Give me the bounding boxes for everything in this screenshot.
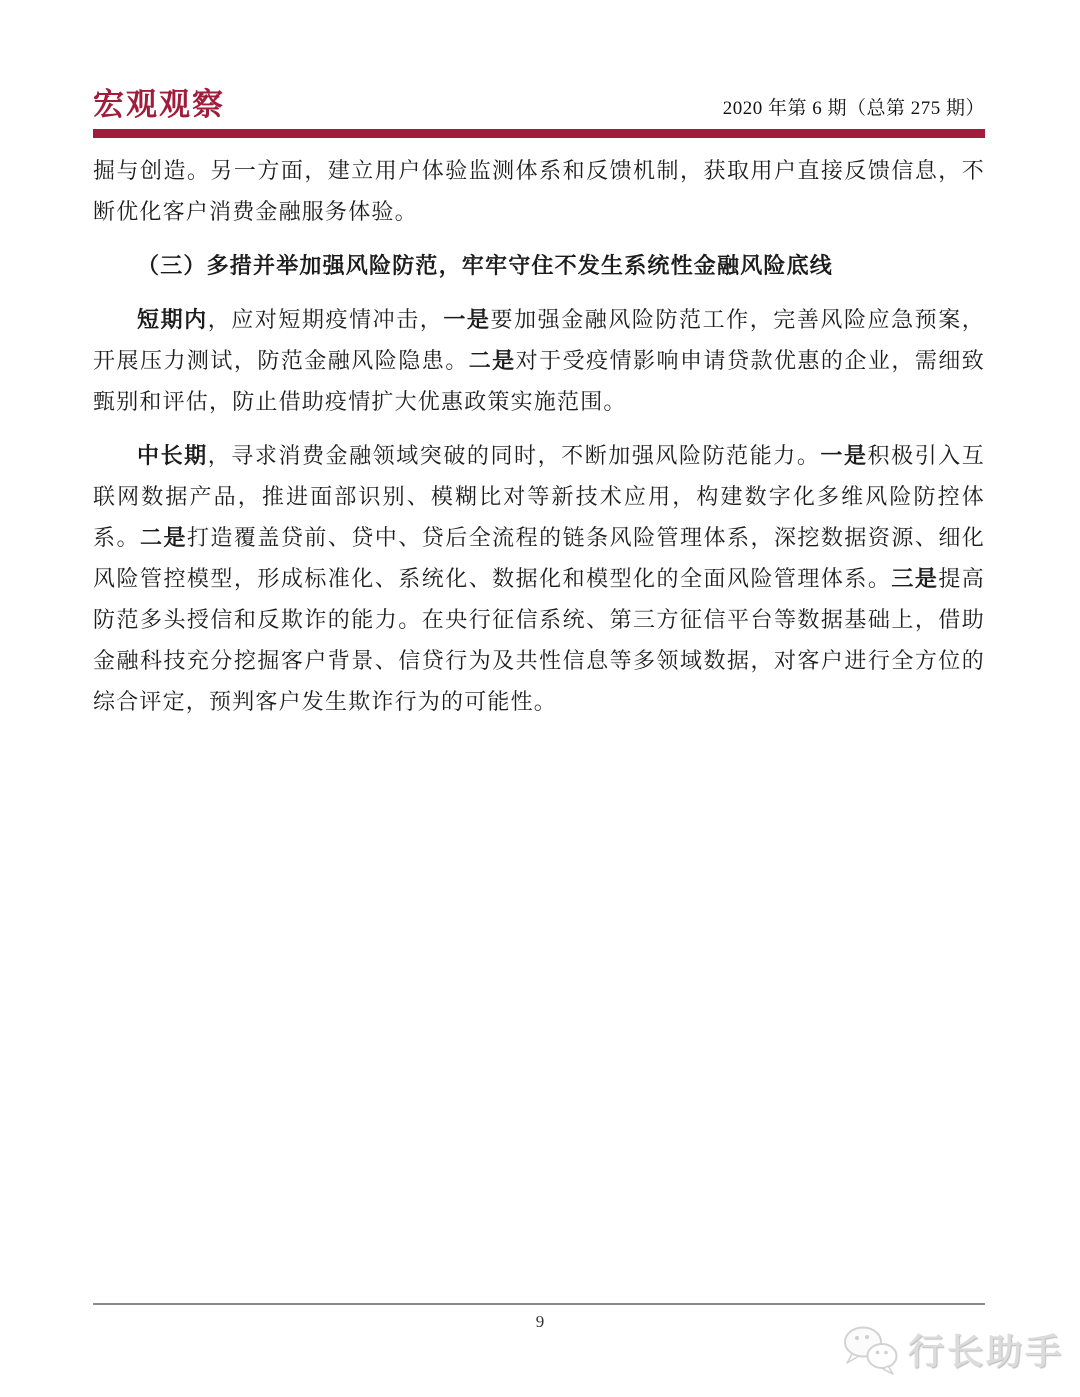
footer-rule — [93, 1303, 985, 1305]
masthead: 宏观观察 2020 年第 6 期（总第 275 期） — [93, 0, 985, 122]
watermark-label: 行长助手 — [908, 1324, 1064, 1375]
masthead-rule — [93, 129, 985, 138]
publication-title: 宏观观察 — [93, 88, 225, 122]
article-body: 掘与创造。另一方面，建立用户体验监测体系和反馈机制，获取用户直接反馈信息，不断优… — [93, 150, 985, 722]
section-heading: （三）多措并举加强风险防范，牢牢守住不发生系统性金融风险底线 — [93, 245, 985, 286]
body-paragraph: 短期内，应对短期疫情冲击，一是要加强金融风险防范工作，完善风险应急预案，开展压力… — [93, 299, 985, 422]
issue-number: 2020 年第 6 期（总第 275 期） — [723, 93, 985, 122]
body-paragraph: 掘与创造。另一方面，建立用户体验监测体系和反馈机制，获取用户直接反馈信息，不断优… — [93, 150, 985, 232]
watermark: 行长助手 — [840, 1324, 1064, 1375]
page-content: 宏观观察 2020 年第 6 期（总第 275 期） 掘与创造。另一方面，建立用… — [93, 0, 985, 735]
wechat-logo-icon — [840, 1325, 902, 1375]
document-page: 宏观观察 2020 年第 6 期（总第 275 期） 掘与创造。另一方面，建立用… — [0, 0, 1080, 1397]
body-paragraph: 中长期，寻求消费金融领域突破的同时，不断加强风险防范能力。一是积极引入互联网数据… — [93, 435, 985, 722]
